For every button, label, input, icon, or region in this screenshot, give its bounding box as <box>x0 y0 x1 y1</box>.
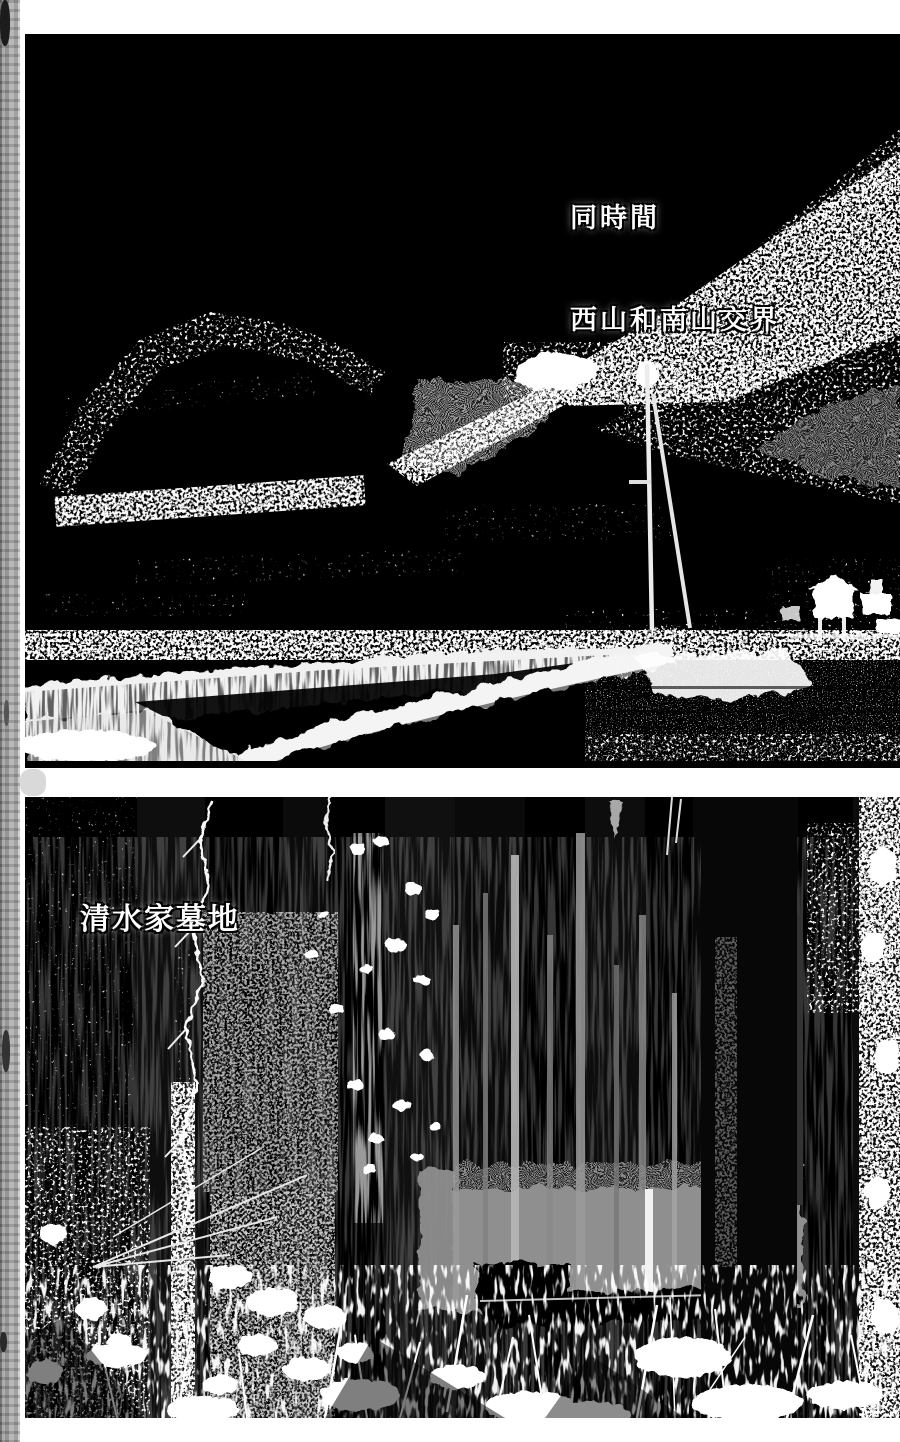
caption-line: 清水家墓地 <box>80 894 240 938</box>
spine-mark <box>0 1332 7 1352</box>
caption-cemetery: 清水家墓地 <box>80 824 240 1008</box>
spine-mark <box>0 0 10 46</box>
spine-mark <box>2 1030 10 1072</box>
panel-cemetery-forest: 清水家墓地 <box>25 797 900 1418</box>
spine-mark <box>4 700 9 726</box>
manga-page: 同時間 西山和南山交界 <box>0 0 900 1442</box>
caption-line: 西山和南山交界 <box>570 304 780 338</box>
scan-smudge <box>20 769 46 796</box>
book-spine-edge <box>0 0 20 1442</box>
panel-valley-scene: 同時間 西山和南山交界 <box>25 34 900 768</box>
ground-grass <box>25 1265 900 1418</box>
caption-line: 同時間 <box>570 202 780 236</box>
caption-time-place: 同時間 西山和南山交界 <box>570 134 780 406</box>
